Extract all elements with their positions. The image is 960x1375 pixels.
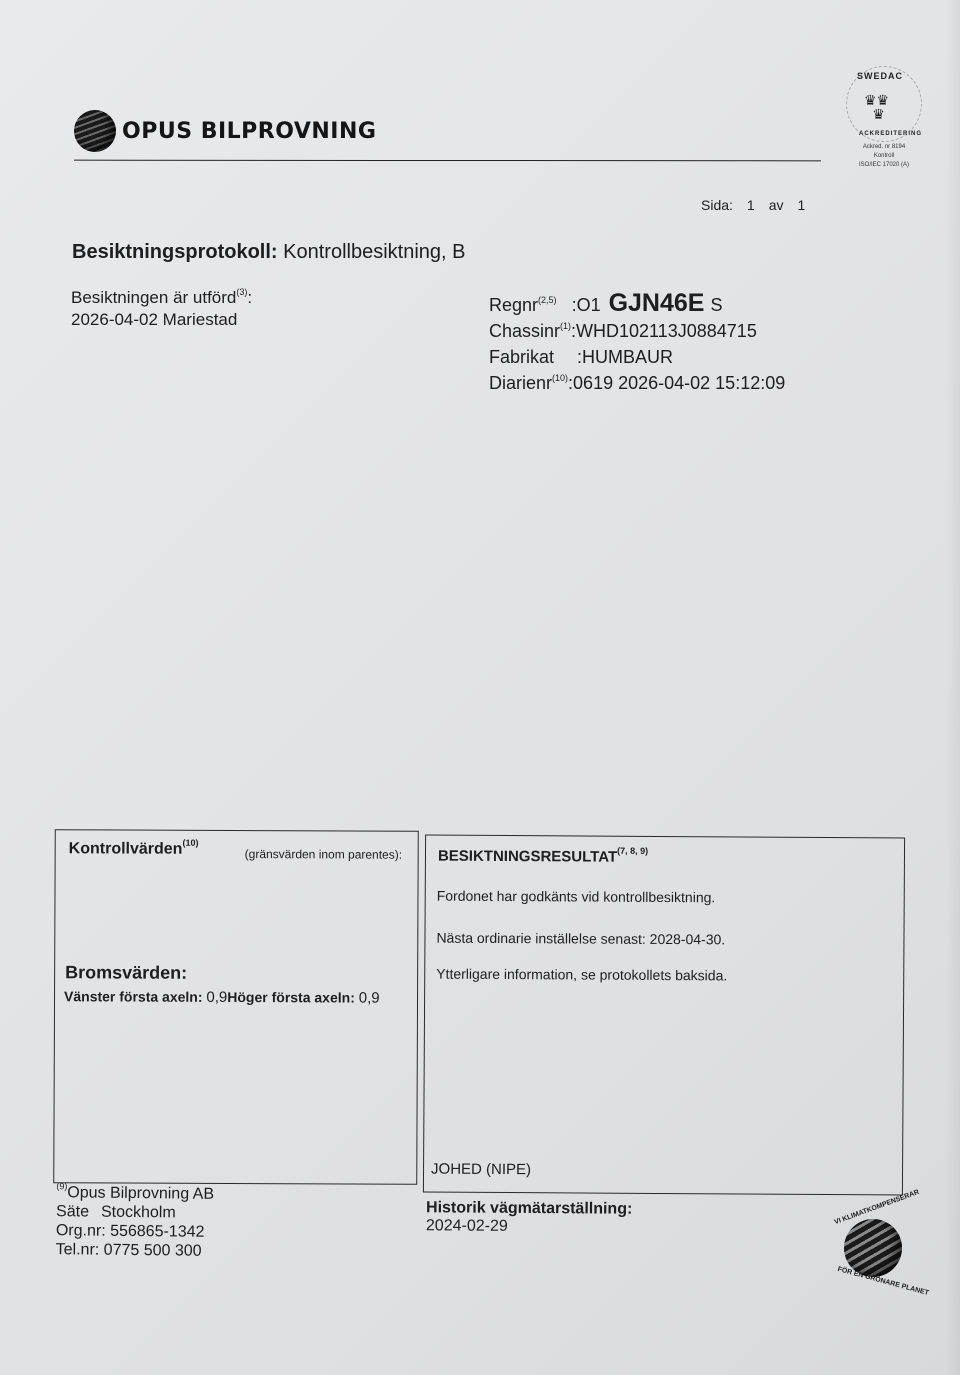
header-divider	[74, 160, 821, 162]
manufacturer: :HUMBAUR	[577, 347, 673, 367]
footnote-ref: (2,5)	[538, 295, 557, 305]
diary-number: :0619 2026-04-02 15:12:09	[568, 373, 785, 393]
page-current: 1	[747, 197, 755, 213]
regnr-label: Regnr	[489, 295, 538, 315]
seat-value: Stockholm	[101, 1204, 176, 1222]
accreditation-standard: ISO/IEC 17020 (A)	[838, 162, 930, 169]
brand-name: OPUS BILPROVNING	[122, 119, 376, 144]
regnr-row: Regnr(2,5) :O1GJN46ES	[489, 290, 785, 318]
left-axle-label: Vänster första axeln:	[64, 988, 203, 1005]
opus-logo: OPUS BILPROVNING	[74, 110, 376, 152]
right-axle-label: Höger första axeln:	[227, 989, 355, 1006]
page-label: Sida:	[701, 197, 733, 213]
limit-values-note: (gränsvärden inom parentes):	[245, 847, 402, 862]
right-axle-value: 0,9	[359, 990, 380, 1007]
footnote-ref: (7, 8, 9)	[617, 846, 648, 856]
seat-label: Säte	[56, 1203, 89, 1220]
globe-logo-icon	[74, 110, 116, 152]
control-values-box: Kontrollvärden(10) (gränsvärden inom par…	[53, 829, 419, 1185]
next-inspection-date: Nästa ordinarie inställelse senast: 2028…	[436, 930, 725, 948]
regnr-suffix: S	[710, 295, 722, 315]
result-title-label: BESIKTNINGSRESULTAT	[438, 848, 617, 866]
additional-info: Ytterligare information, se protokollets…	[436, 966, 727, 984]
footnote-ref: (1)	[560, 321, 571, 331]
footnote-ref: (10)	[552, 373, 568, 383]
chassis-number: :WHD102113J0884715	[571, 321, 757, 341]
control-values-title: Kontrollvärden(10)	[69, 840, 199, 859]
page-edge-shadow	[946, 0, 960, 1375]
seal-bottom-text: ACKREDITERING	[859, 131, 922, 137]
climate-compensation-badge: VI KLIMATKOMPENSERAR FÖR EN GRÖNARE PLAN…	[828, 1202, 920, 1294]
fabrikat-row: Fabrikat:HUMBAUR	[489, 344, 785, 370]
seal-top-text: SWEDAC	[857, 71, 903, 81]
chassinr-row: Chassinr(1):WHD102113J0884715	[489, 318, 785, 344]
registration-number: GJN46E	[609, 289, 705, 317]
phone-number: Tel.nr: 0775 500 300	[56, 1240, 214, 1261]
inspector-id: JOHED (NIPE)	[431, 1161, 531, 1179]
accreditation-type: Kontroll	[838, 153, 930, 160]
three-crowns-icon: ♛♛ ♛	[864, 93, 889, 121]
protocol-title-label: Besiktningsprotokoll:	[72, 241, 278, 263]
protocol-type: Kontrollbesiktning, B	[283, 241, 465, 263]
regnr-prefix: :O1	[572, 295, 601, 315]
inspection-performed: Besiktningen är utförd(3): 2026-04-02 Ma…	[71, 287, 252, 331]
odometer-history: Historik vägmätarställning: 2024-02-29	[426, 1199, 633, 1236]
vehicle-info: Regnr(2,5) :O1GJN46ES Chassinr(1):WHD102…	[489, 290, 785, 396]
odometer-date: 2024-02-29	[426, 1217, 632, 1236]
performed-label: Besiktningen är utförd	[71, 288, 236, 307]
control-values-label: Kontrollvärden	[69, 840, 183, 857]
footnote-ref: (9)	[56, 1181, 67, 1191]
diarienr-row: Diarienr(10):0619 2026-04-02 15:12:09	[489, 370, 785, 396]
page-total: 1	[798, 197, 806, 213]
footnote-ref: (3)	[236, 287, 247, 297]
company-name: Opus Bilprovning AB	[67, 1184, 214, 1203]
left-axle-value: 0,9	[206, 989, 227, 1006]
page-number: Sida:1av1	[701, 197, 819, 213]
result-title: BESIKTNINGSRESULTAT(7, 8, 9)	[438, 848, 648, 866]
brake-values: Vänster första axeln: 0,9Höger första ax…	[64, 988, 380, 1006]
page-of: av	[769, 197, 784, 213]
org-number: Org.nr: 556865-1342	[56, 1221, 214, 1242]
result-approved: Fordonet har godkänts vid kontrollbesikt…	[437, 888, 716, 906]
brake-values-title: Bromsvärden:	[65, 962, 187, 984]
performed-date-location: 2026-04-02 Mariestad	[71, 309, 252, 331]
swedac-accreditation-seal: SWEDAC ♛♛ ♛ ACKREDITERING Ackred. nr 819…	[838, 66, 930, 172]
chassinr-label: Chassinr	[489, 321, 560, 341]
globe-icon	[844, 1219, 902, 1277]
inspection-result-box: BESIKTNINGSRESULTAT(7, 8, 9) Fordonet ha…	[423, 835, 905, 1196]
protocol-title: Besiktningsprotokoll: Kontrollbesiktning…	[72, 241, 465, 264]
odometer-label: Historik vägmätarställning:	[426, 1199, 632, 1217]
company-info: (9)Opus Bilprovning AB SäteStockholm Org…	[56, 1183, 215, 1261]
footnote-ref: (10)	[182, 838, 198, 848]
fabrikat-label: Fabrikat	[489, 344, 577, 370]
accreditation-number: Ackred. nr 8194	[838, 144, 930, 151]
crown-seal-icon: SWEDAC ♛♛ ♛ ACKREDITERING	[846, 66, 922, 142]
diarienr-label: Diarienr	[489, 373, 552, 393]
